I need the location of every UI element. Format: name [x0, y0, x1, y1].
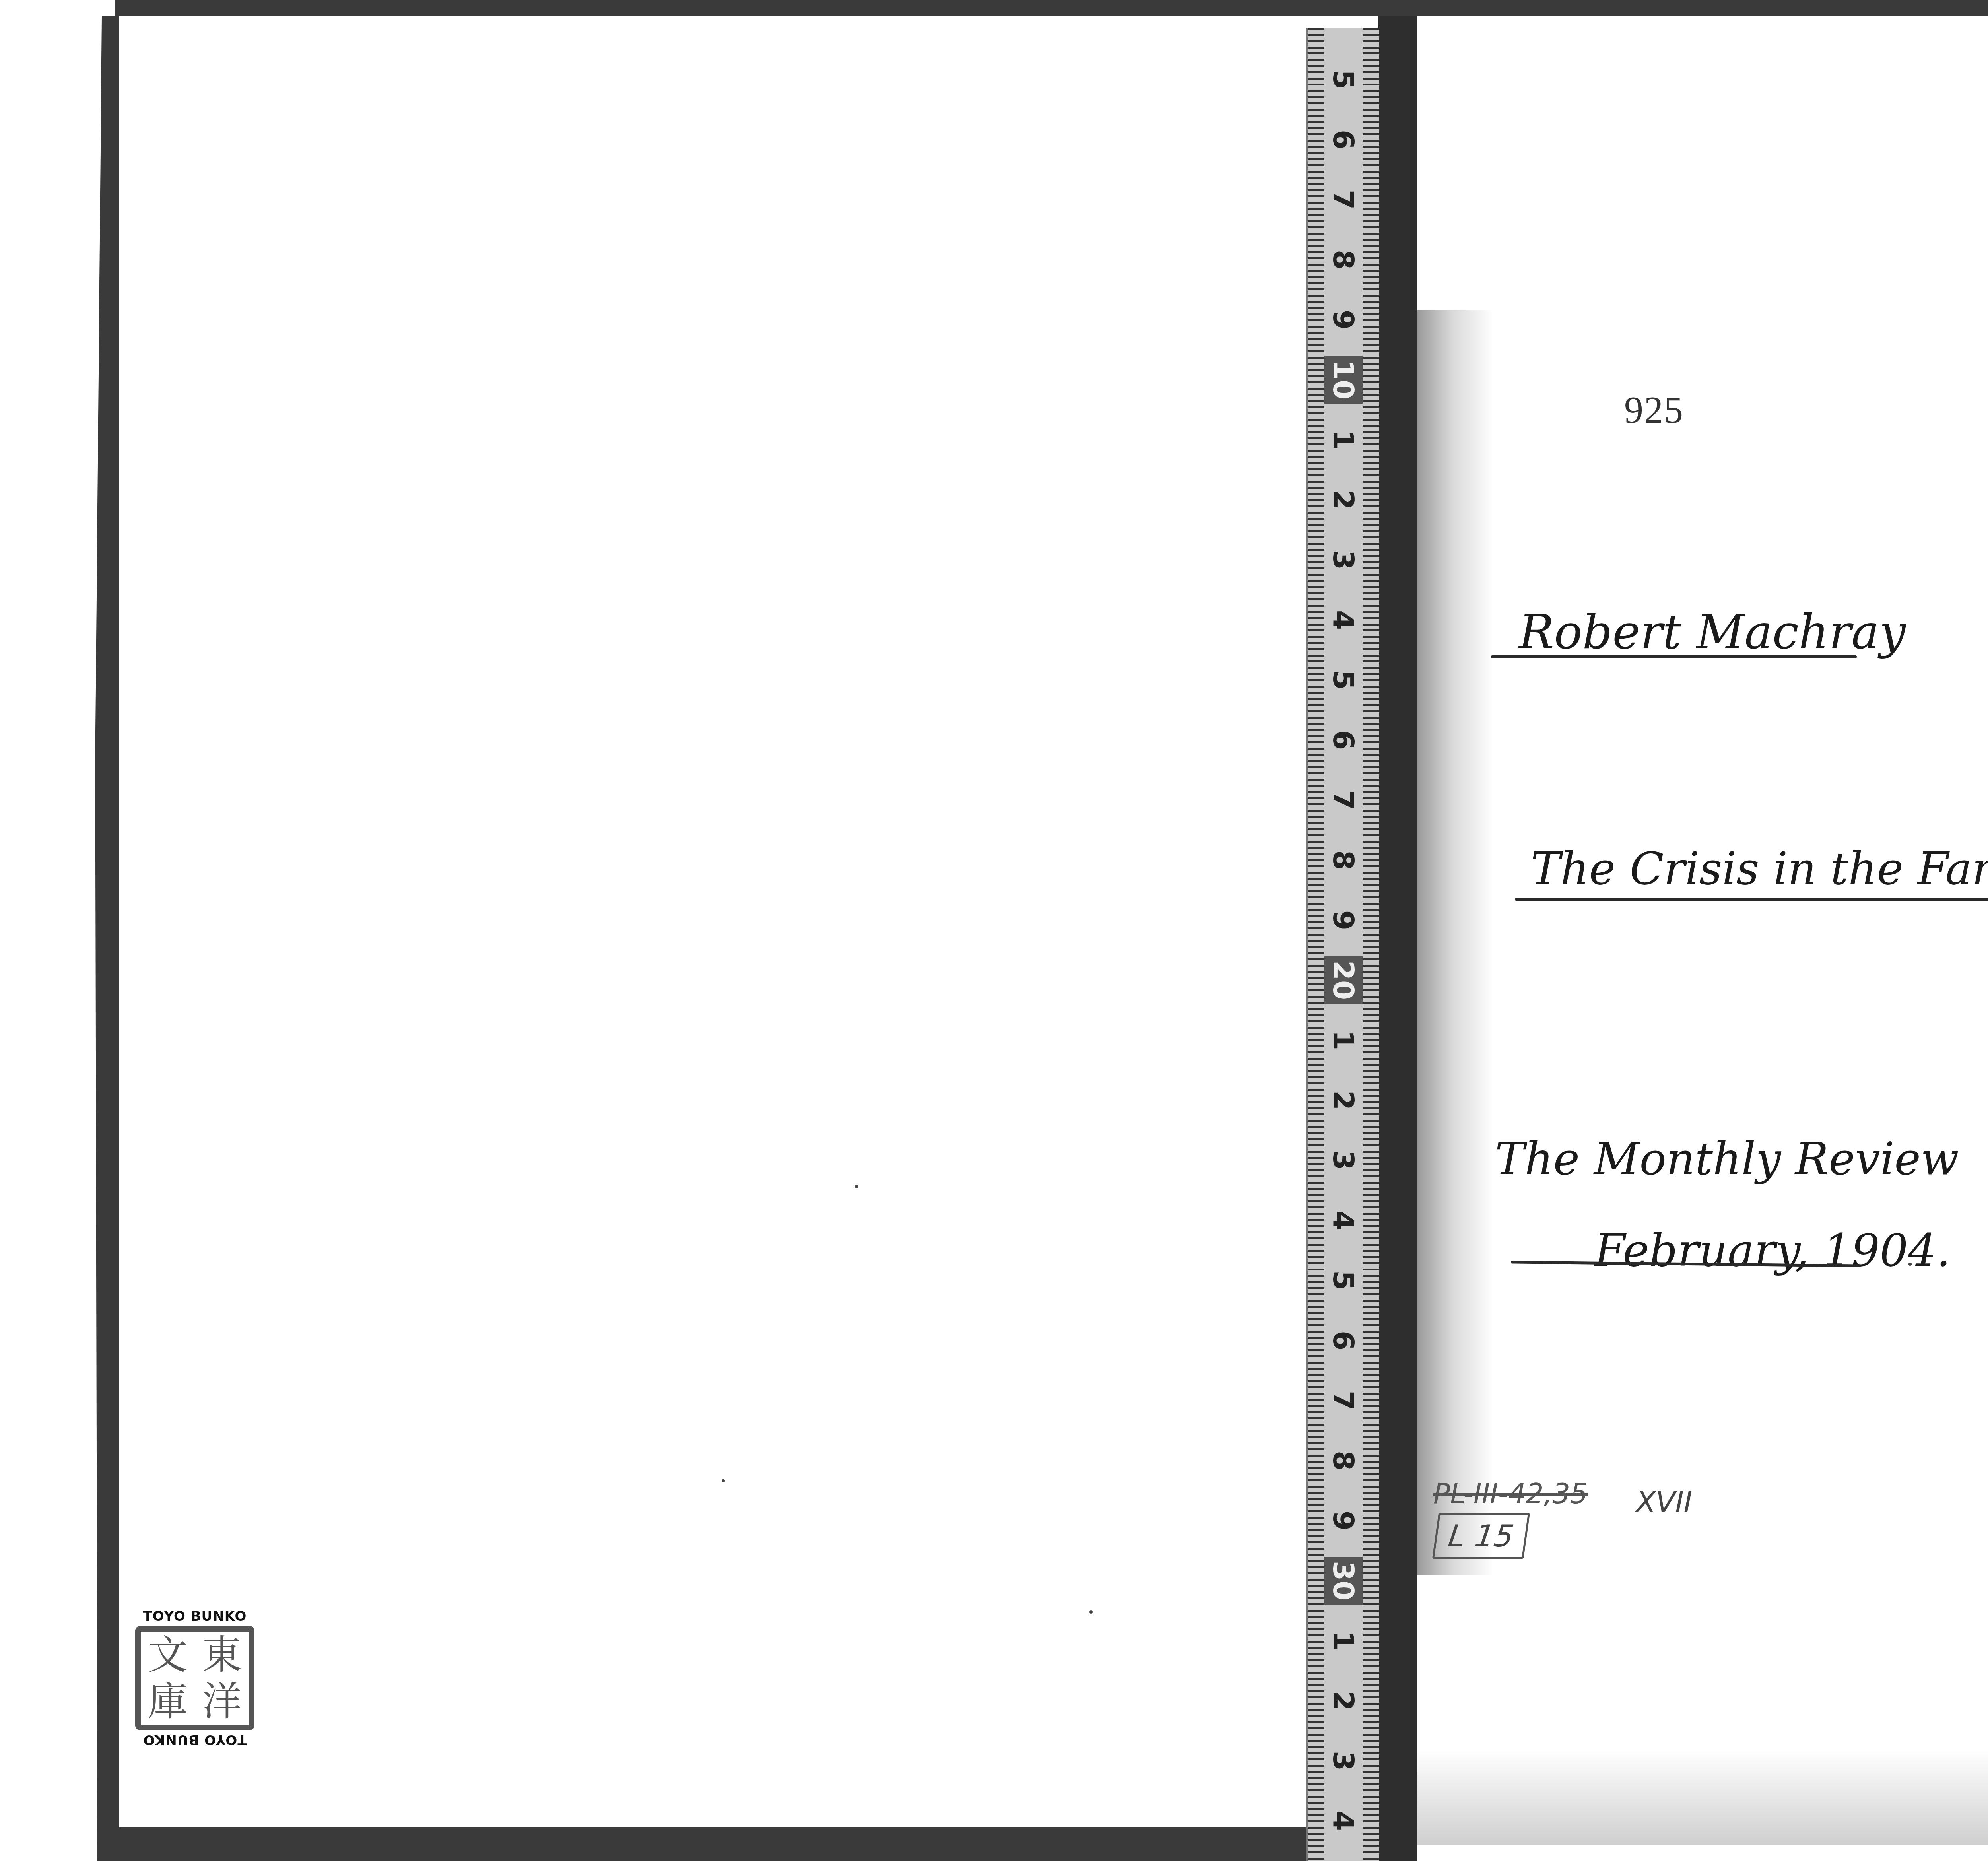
author-underline — [1491, 655, 1857, 658]
volume-mark: XVII — [1636, 1485, 1692, 1519]
ruler-label: 1 — [1324, 416, 1363, 464]
ruler-label: 6 — [1324, 116, 1363, 163]
book-gutter — [1378, 16, 1417, 1861]
ruler-label: 5 — [1324, 1257, 1363, 1304]
ruler-label: 8 — [1324, 1437, 1363, 1484]
ruler-label: 4 — [1324, 1197, 1363, 1244]
ruler-label: 5 — [1324, 656, 1363, 704]
struck-shelf-mark-text: PL-III-42,35 — [1433, 1477, 1588, 1510]
seal-stamp-icon: 文 東 庫 洋 — [135, 1626, 254, 1730]
ruler-label: 1 — [1324, 1617, 1363, 1665]
scan-speck — [855, 1185, 858, 1188]
ruler-ticks-left — [1308, 28, 1324, 1861]
ruler-label: 7 — [1324, 776, 1363, 824]
ruler-label: 8 — [1324, 836, 1363, 884]
scan-speck — [1089, 1610, 1093, 1614]
seal-char: 文 — [141, 1632, 195, 1678]
article-title: The Crisis in the Far East — [1531, 843, 1988, 895]
scan-speck — [1908, 1263, 1912, 1266]
seal-label-bottom: TOYO BUNKO — [127, 1732, 262, 1748]
ruler-label: 7 — [1324, 176, 1363, 223]
ruler-label: 9 — [1324, 296, 1363, 344]
publication-name: The Monthly Review — [1495, 1133, 1959, 1185]
ruler-label: 4 — [1324, 1797, 1363, 1845]
seal-char: 庫 — [141, 1678, 195, 1725]
ruler-label: 3 — [1324, 1136, 1363, 1184]
ruler-label: 2 — [1324, 1677, 1363, 1725]
ruler-ticks-right — [1363, 28, 1379, 1861]
measuring-ruler: 567891012345678920123456789301234 — [1306, 28, 1379, 1861]
ruler-label: 7 — [1324, 1377, 1363, 1424]
ruler-label: 6 — [1324, 1317, 1363, 1364]
shelf-mark-struck: PL-III-42,35 — [1433, 1477, 1588, 1510]
ruler-label: 30 — [1324, 1557, 1363, 1605]
publication-date: February, 1904. — [1594, 1225, 1951, 1276]
page-curl-shadow — [1417, 1750, 1988, 1845]
ruler-label: 3 — [1324, 536, 1363, 584]
printed-item-number: 925 — [1624, 388, 1684, 432]
ruler-label: 8 — [1324, 236, 1363, 284]
ruler-label: 4 — [1324, 596, 1363, 644]
ruler-label: 5 — [1324, 56, 1363, 103]
ruler-label: 1 — [1324, 1016, 1363, 1064]
ruler-label: 9 — [1324, 896, 1363, 944]
ruler-label: 6 — [1324, 716, 1363, 764]
title-underline — [1515, 898, 1988, 901]
right-page — [1417, 16, 1988, 1861]
ruler-label: 10 — [1324, 356, 1363, 404]
left-page — [119, 16, 1312, 1827]
ruler-label: 9 — [1324, 1497, 1363, 1544]
ruler-label: 3 — [1324, 1737, 1363, 1785]
ruler-label: 2 — [1324, 1076, 1363, 1124]
seal-label-top: TOYO BUNKO — [127, 1608, 262, 1624]
scanner-frame-left — [76, 16, 119, 1861]
author-name: Robert Machray — [1519, 604, 1906, 659]
toyo-bunko-seal: TOYO BUNKO 文 東 庫 洋 TOYO BUNKO — [127, 1608, 262, 1752]
seal-char: 洋 — [195, 1678, 249, 1725]
scan-speck — [722, 1479, 725, 1482]
shelf-mark-boxed: L 15 — [1432, 1513, 1530, 1559]
gutter-shadow — [1417, 310, 1493, 1575]
ruler-label: 20 — [1324, 956, 1363, 1004]
seal-char: 東 — [195, 1632, 249, 1678]
scanner-frame-bottom — [119, 1827, 1312, 1861]
ruler-label: 2 — [1324, 476, 1363, 524]
